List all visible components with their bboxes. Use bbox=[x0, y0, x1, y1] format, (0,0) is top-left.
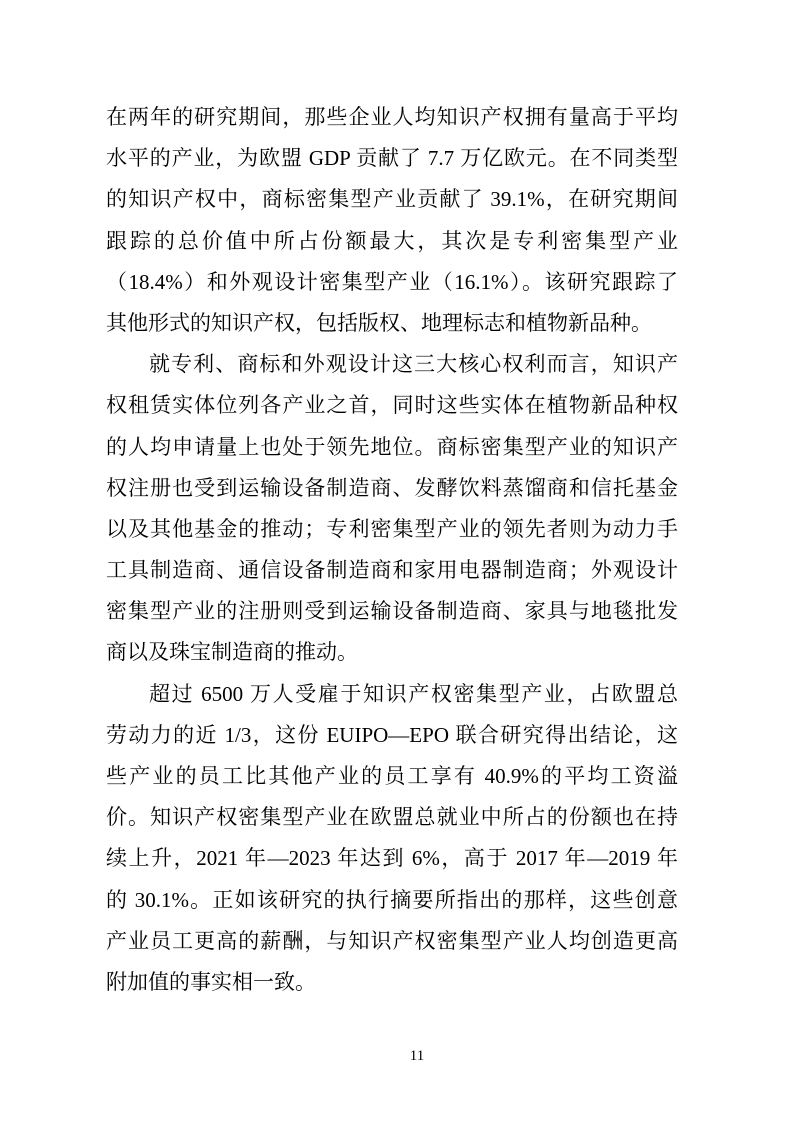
text-line: 些产业的员工比其他产业的员工享有 40.9%的平均工资溢 bbox=[106, 756, 678, 797]
document-page: 在两年的研究期间，那些企业人均知识产权拥有量高于平均水平的产业，为欧盟 GDP … bbox=[0, 0, 793, 1122]
text-line: 商以及珠宝制造商的推动。 bbox=[106, 632, 678, 673]
text-line: 劳动力的近 1/3，这份 EUIPO—EPO 联合研究得出结论，这 bbox=[106, 715, 678, 756]
text-line: 的人均申请量上也处于领先地位。商标密集型产业的知识产 bbox=[106, 427, 678, 468]
page-number: 11 bbox=[410, 1047, 424, 1065]
text-line: 就专利、商标和外观设计这三大核心权利而言，知识产 bbox=[106, 344, 678, 385]
text-line: 的知识产权中，商标密集型产业贡献了 39.1%，在研究期间 bbox=[106, 179, 678, 220]
text-line: 超过 6500 万人受雇于知识产权密集型产业，占欧盟总 bbox=[106, 674, 678, 715]
text-line: （18.4%）和外观设计密集型产业（16.1%）。该研究跟踪了 bbox=[106, 262, 678, 303]
text-line: 附加值的事实相一致。 bbox=[106, 962, 678, 1003]
text-line: 以及其他基金的推动；专利密集型产业的领先者则为动力手 bbox=[106, 509, 678, 550]
text-line: 密集型产业的注册则受到运输设备制造商、家具与地毯批发 bbox=[106, 591, 678, 632]
text-line: 续上升，2021 年—2023 年达到 6%，高于 2017 年—2019 年 bbox=[106, 838, 678, 879]
text-line: 产业员工更高的薪酬，与知识产权密集型产业人均创造更高 bbox=[106, 921, 678, 962]
document-body: 在两年的研究期间，那些企业人均知识产权拥有量高于平均水平的产业，为欧盟 GDP … bbox=[106, 97, 678, 1003]
text-line: 跟踪的总价值中所占份额最大，其次是专利密集型产业 bbox=[106, 221, 678, 262]
paragraph: 就专利、商标和外观设计这三大核心权利而言，知识产权租赁实体位列各产业之首，同时这… bbox=[106, 344, 678, 674]
text-line: 的 30.1%。正如该研究的执行摘要所指出的那样，这些创意 bbox=[106, 880, 678, 921]
paragraph: 在两年的研究期间，那些企业人均知识产权拥有量高于平均水平的产业，为欧盟 GDP … bbox=[106, 97, 678, 344]
text-line: 权租赁实体位列各产业之首，同时这些实体在植物新品种权 bbox=[106, 385, 678, 426]
text-line: 权注册也受到运输设备制造商、发酵饮料蒸馏商和信托基金 bbox=[106, 468, 678, 509]
text-line: 在两年的研究期间，那些企业人均知识产权拥有量高于平均 bbox=[106, 97, 678, 138]
text-line: 价。知识产权密集型产业在欧盟总就业中所占的份额也在持 bbox=[106, 797, 678, 838]
paragraph: 超过 6500 万人受雇于知识产权密集型产业，占欧盟总劳动力的近 1/3，这份 … bbox=[106, 674, 678, 1004]
text-line: 水平的产业，为欧盟 GDP 贡献了 7.7 万亿欧元。在不同类型 bbox=[106, 138, 678, 179]
text-line: 工具制造商、通信设备制造商和家用电器制造商；外观设计 bbox=[106, 550, 678, 591]
text-line: 其他形式的知识产权，包括版权、地理标志和植物新品种。 bbox=[106, 303, 678, 344]
